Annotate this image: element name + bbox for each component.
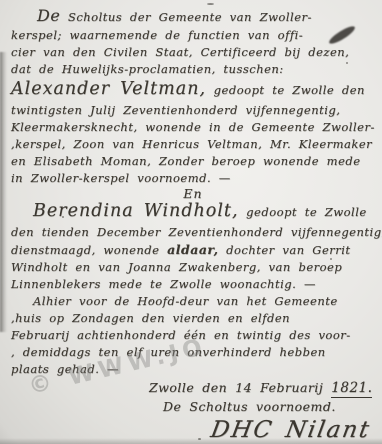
bride-name-line: Berendina Windholt, gedoopt te Zwolle [11,200,375,224]
opening-lead-word: De [37,6,60,25]
signature: DHC Nilant [209,416,378,444]
groom-line-2: twintigsten Julij Zeventienhonderd vijfe… [11,102,375,119]
year-underlined: 1821. [331,380,372,398]
place-date-text: Zwolle den 14 Februarij [149,380,331,395]
officer-line: De Scholtus voornoemd. [163,398,375,416]
place-date-line: Zwolle den 14 Februarij 1821. [149,378,375,398]
bride-line-4: Windholt en van Joanna Zwakenberg, van b… [11,259,375,276]
proclamation-line-1: Alhier voor de Hoofd-deur van het Gemeen… [11,293,375,310]
bride-line-3-pre: dienstmaagd, wonende [11,243,167,257]
connector-word: En [11,187,375,200]
bride-line-5: Linnenblekers mede te Zwolle woonachtig.… [11,276,375,293]
opening-lead-rest: Scholtus der Gemeente van Zwoller- [60,10,312,24]
opening-line-3: cier van den Civilen Staat, Certificeerd… [11,44,375,61]
document-text: De Scholtus der Gemeente van Zwoller- ke… [11,6,375,444]
scan-shadow-left-edge [0,52,7,332]
scanned-document-page: De Scholtus der Gemeente van Zwoller- ke… [0,0,382,444]
proclamation-line-3: Februarij achtienhonderd één en twintig … [11,327,375,344]
groom-name-rest: gedoopt te Zwolle den [206,83,365,97]
groom-line-6: in Zwoller-kerspel voornoemd. — [11,170,375,187]
bride-line-3: dienstmaagd, wonende aldaar, dochter van… [11,241,375,259]
bride-line-2: den tienden December Zeventienhonderd vi… [11,224,375,241]
opening-line-2: kerspel; waarnemende de functien van off… [11,27,375,44]
groom-line-5: en Elisabeth Moman, Zonder beroep wonend… [11,153,375,170]
speck [207,3,214,5]
opening-line-4: dat de Huwelijks-proclamatien, tusschen: [11,61,375,78]
proclamation-line-4: , demiddags ten elf uren onverhinderd he… [11,344,375,361]
proclamation-line-2: ,huis op Zondagen den vierden en elfden [11,310,375,327]
groom-line-3: Kleermakersknecht, wonende in de Gemeent… [11,119,375,136]
opening-line-1: De Scholtus der Gemeente van Zwoller- [11,6,375,27]
bride-name: Berendina Windholt, [33,201,239,221]
groom-name-line: Alexander Veltman, gedoopt te Zwolle den [11,78,375,102]
groom-line-4: ,kerspel, Zoon van Henricus Veltman, Mr.… [11,136,375,153]
proclamation-line-5: plaats gehad. — [11,361,375,378]
bride-line-3-post: dochter van Gerrit [218,243,350,257]
bride-line-3-emphasis: aldaar, [167,242,218,257]
groom-name: Alexander Veltman, [11,79,206,99]
bride-name-rest: gedoopt te Zwolle [239,205,367,219]
